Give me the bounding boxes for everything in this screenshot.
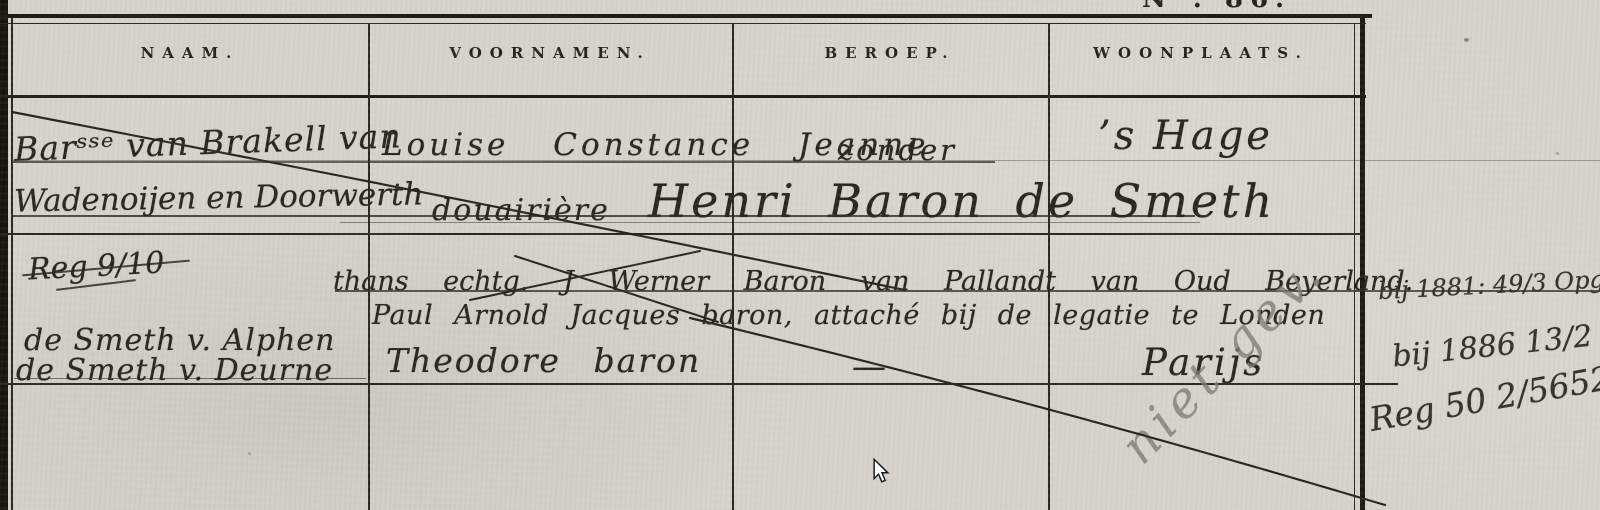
cancel-stroke-x-up bbox=[470, 251, 700, 300]
register-scan-page: N°. 86. NAAM. VOORNAMEN. BEROEP. WOONPLA… bbox=[0, 0, 1600, 510]
cancel-stroke-x-down bbox=[515, 256, 718, 322]
mouse-cursor-icon bbox=[872, 458, 890, 484]
cancel-stroke-long-upper bbox=[12, 112, 905, 290]
paper-speck bbox=[1556, 152, 1559, 155]
cancel-stroke-long-lower bbox=[690, 318, 1385, 505]
cancellation-strokes bbox=[0, 0, 1600, 510]
paper-speck bbox=[1464, 38, 1469, 42]
paper-speck bbox=[248, 452, 251, 455]
